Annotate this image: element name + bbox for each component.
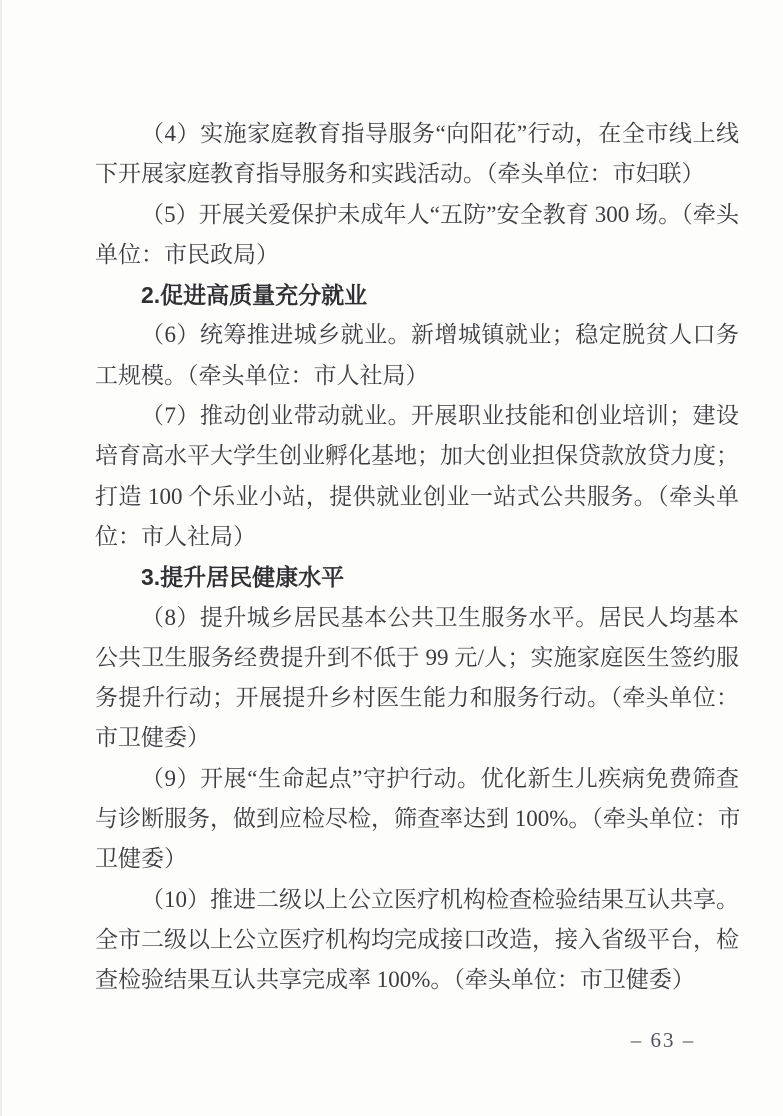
doc-line: 打造 100 个乐业小站，提供就业创业一站式公共服务。（牵头单 [95, 477, 739, 517]
doc-line: 全市二级以上公立医疗机构均完成接口改造，接入省级平台，检 [95, 920, 739, 960]
doc-line: 公共卫生服务经费提升到不低于 99 元/人；实施家庭医生签约服 [95, 638, 739, 678]
page-number: – 63 – [628, 1028, 698, 1052]
doc-line: 查检验结果互认共享完成率 100%。（牵头单位：市卫健委） [95, 960, 739, 1000]
doc-line: 下开展家庭教育指导服务和实践活动。（牵头单位：市妇联） [95, 154, 739, 194]
doc-line: 位：市人社局） [95, 517, 739, 557]
section-heading: 2.促进高质量充分就业 [95, 275, 739, 315]
scan-edge-artifact [0, 0, 2, 1116]
doc-line: （5）开展关爱保护未成年人“五防”安全教育 300 场。（牵头 [95, 195, 739, 235]
doc-line: 与诊断服务，做到应检尽检，筛查率达到 100%。（牵头单位：市 [95, 799, 739, 839]
doc-line: （8）提升城乡居民基本公共卫生服务水平。居民人均基本 [95, 598, 739, 638]
doc-line: （4）实施家庭教育指导服务“向阳花”行动，在全市线上线 [95, 114, 739, 154]
doc-line: 市卫健委） [95, 718, 739, 758]
doc-line: （6）统筹推进城乡就业。新增城镇就业；稳定脱贫人口务 [95, 315, 739, 355]
doc-line: 工规模。（牵头单位：市人社局） [95, 356, 739, 396]
doc-line: （9）开展“生命起点”守护行动。优化新生儿疾病免费筛查 [95, 759, 739, 799]
document-body: （4）实施家庭教育指导服务“向阳花”行动，在全市线上线 下开展家庭教育指导服务和… [95, 114, 739, 1001]
doc-line: 单位：市民政局） [95, 235, 739, 275]
document-page: （4）实施家庭教育指导服务“向阳花”行动，在全市线上线 下开展家庭教育指导服务和… [0, 0, 783, 1116]
doc-line: 卫健委） [95, 839, 739, 879]
doc-line: 务提升行动；开展提升乡村医生能力和服务行动。（牵头单位： [95, 678, 739, 718]
section-heading: 3.提升居民健康水平 [95, 557, 739, 597]
doc-line: 培育高水平大学生创业孵化基地；加大创业担保贷款放贷力度； [95, 436, 739, 476]
doc-line: （7）推动创业带动就业。开展职业技能和创业培训；建设 [95, 396, 739, 436]
doc-line: （10）推进二级以上公立医疗机构检查检验结果互认共享。 [95, 880, 739, 920]
